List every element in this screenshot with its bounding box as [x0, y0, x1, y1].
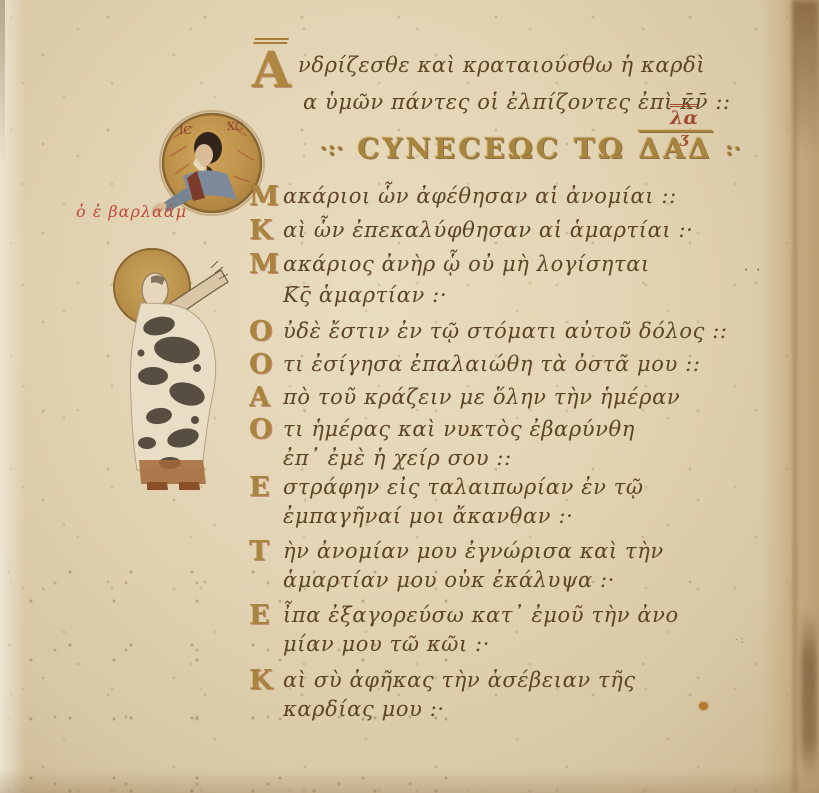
- medallion-inscription-ic: ΙϹ: [179, 124, 192, 137]
- book-fore-edge: [761, 0, 819, 793]
- praying-figure: [114, 249, 228, 490]
- fore-edge-crease: [793, 0, 797, 793]
- psalm-line: ἁμαρτίαν μου οὐκ ἐκάλυψα :·: [249, 568, 615, 592]
- psalm-line: Εἶπα ἐξαγορεύσω κατ᾽ ἐμοῦ τὴν ἀνο: [249, 600, 679, 631]
- initial-overbar: [253, 38, 289, 44]
- psalm-line: Μακάριος ἀνὴρ ᾧ οὐ μὴ λογίσηται: [249, 249, 650, 280]
- psalm-line: καρδίας μου :·: [249, 697, 445, 721]
- prefatory-line: νδρίζεσθε καὶ κραταιούσθω ἡ καρδὶ: [298, 53, 705, 77]
- psalm-line-text: μίαν μου τῶ κῶι :·: [283, 632, 490, 656]
- versal-initial: Μ: [249, 249, 283, 280]
- psalm-line-text: ἐπ᾽ ἐμὲ ἡ χείρ σου ::: [283, 446, 512, 470]
- versal-initial-alpha: Α: [252, 38, 291, 95]
- psalm-line-text: τι ἡμέρας καὶ νυκτὸς ἐβαρύνθη: [283, 417, 635, 441]
- psalm-line-text: πὸ τοῦ κράζειν με ὅλην τὴν ἡμέραν: [283, 385, 680, 409]
- psalm-line: Απὸ τοῦ κράζειν με ὅλην τὴν ἡμέραν: [249, 382, 680, 413]
- psalm-line-text: ακάριος ἀνὴρ ᾧ οὐ μὴ λογίσηται: [283, 252, 650, 276]
- miniature-caption: ὁ ἐ βαρλαάμ: [76, 202, 187, 221]
- versal-initial: Ε: [249, 472, 283, 503]
- versal-initial: Μ: [249, 181, 283, 212]
- psalm-title: ·:· ϹΥΝΕϹΕΩϹ ΤΩ ΔΑΔ :·: [320, 132, 680, 165]
- page-left-edge: [0, 0, 26, 793]
- psalm-line-text: Κ̄ς̄ ἁμαρτίαν :·: [283, 283, 447, 307]
- psalm-line-text: ἐμπαγῆναί μοι ἄκανθαν :·: [283, 504, 573, 528]
- versal-initial: Ο: [249, 414, 283, 445]
- manuscript-page: Α νδρίζεσθε καὶ κραταιούσθω ἡ καρδὶ α ὑμ…: [0, 0, 819, 793]
- psalm-line: Οτι ἡμέρας καὶ νυκτὸς ἐβαρύνθη: [249, 414, 635, 445]
- psalm-line-text: ἁμαρτίαν μου οὐκ ἐκάλυψα :·: [283, 568, 615, 592]
- psalm-line-text: αὶ ὧν ἐπεκαλύφθησαν αἱ ἁμαρτίαι :·: [283, 218, 693, 242]
- page-bottom-shadow: [0, 769, 819, 793]
- marginal-psalm-number: λα ʒ: [662, 104, 706, 147]
- title-ornament-left: ·:·: [320, 136, 344, 160]
- versal-initial: Κ: [249, 215, 283, 246]
- fore-edge-stain-top: [793, 0, 819, 160]
- psalm-line: Κ̄ς̄ ἁμαρτίαν :·: [249, 283, 447, 307]
- margin-specks: · ·: [744, 263, 762, 278]
- psalm-line-text: αὶ σὺ ἀφῆκας τὴν ἀσέβειαν τῆς: [283, 668, 636, 692]
- psalm-line-text: τι ἐσίγησα ἐπαλαιώθη τὰ ὀστᾶ μου ::: [283, 352, 701, 376]
- psalm-line: Καὶ σὺ ἀφῆκας τὴν ἀσέβειαν τῆς: [249, 665, 636, 696]
- christ-medallion: ΙϹ ΧϹ: [150, 111, 264, 216]
- title-text: ϹΥΝΕϹΕΩϹ ΤΩ: [357, 132, 638, 165]
- versal-initial: Κ: [249, 665, 283, 696]
- medallion-inscription-xc: ΧϹ: [227, 120, 243, 133]
- versal-initial: Ο: [249, 316, 283, 347]
- psalm-line: Καὶ ὧν ἐπεκαλύφθησαν αἱ ἁμαρτίαι :·: [249, 215, 693, 246]
- psalm-line: ἐπ᾽ ἐμὲ ἡ χείρ σου ::: [249, 446, 512, 470]
- psalm-line: Οτι ἐσίγησα ἐπαλαιώθη τὰ ὀστᾶ μου ::: [249, 349, 701, 380]
- psalm-line: Εστράφην εἰς ταλαιπωρίαν ἐν τῷ: [249, 472, 644, 503]
- versal-initial: Ε: [249, 600, 283, 631]
- title-ornament-right: :·: [725, 136, 741, 160]
- ink-stain-dot: [699, 702, 708, 710]
- page-left-shadow: [0, 0, 5, 170]
- psalm-line-text: ἶπα ἐξαγορεύσω κατ᾽ ἐμοῦ τὴν ἀνο: [283, 603, 679, 627]
- psalm-line-text: ὴν ἀνομίαν μου ἐγνώρισα καὶ τὴν: [283, 539, 664, 563]
- psalm-line: μίαν μου τῶ κῶι :·: [249, 632, 490, 656]
- psalm-line-text: ὐδὲ ἔστιν ἐν τῷ στόματι αὐτοῦ δόλος ::: [283, 319, 728, 343]
- psalm-line: Οὐδὲ ἔστιν ἐν τῷ στόματι αὐτοῦ δόλος ::: [249, 316, 728, 347]
- psalm-line-text: καρδίας μου :·: [283, 697, 445, 721]
- psalm-line: Τὴν ἀνομίαν μου ἐγνώρισα καὶ τὴν: [249, 536, 664, 567]
- psalm-line-text: στράφην εἰς ταλαιπωρίαν ἐν τῷ: [283, 475, 644, 499]
- psalm-line: ἐμπαγῆναί μοι ἄκανθαν :·: [249, 504, 573, 528]
- psalm-line-text: ακάριοι ὧν ἀφέθησαν αἱ ἀνομίαι ::: [283, 184, 677, 208]
- psalm-line: Μακάριοι ὧν ἀφέθησαν αἱ ἀνομίαι ::: [249, 181, 677, 212]
- versal-initial: Ο: [249, 349, 283, 380]
- versal-initial: Τ: [249, 536, 283, 567]
- margin-specks: ·:: [735, 633, 746, 646]
- figure-hem: [139, 460, 206, 484]
- fore-edge-stain-bottom: [801, 608, 817, 783]
- marginal-miniature: ΙϹ ΧϹ: [55, 98, 270, 503]
- versal-initial: Α: [249, 382, 283, 413]
